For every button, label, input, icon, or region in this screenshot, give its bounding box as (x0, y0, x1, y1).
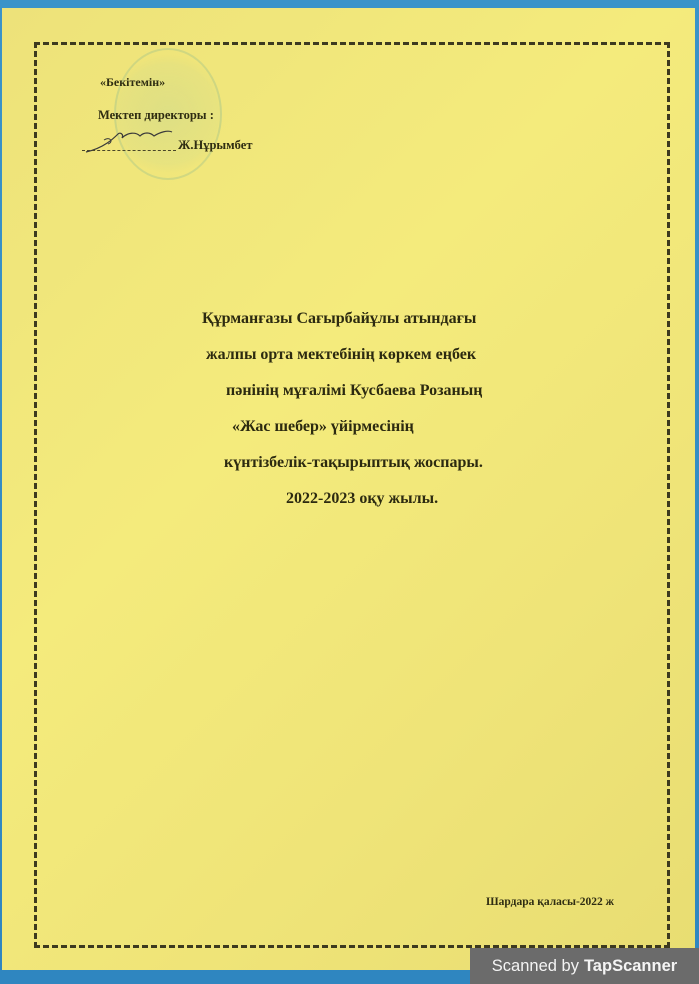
director-name: Ж.Нұрымбет (178, 138, 252, 153)
title-line: 2022-2023 оқу жылы. (286, 490, 438, 508)
scanner-watermark: Scanned by TapScanner (470, 948, 699, 984)
signature-line (82, 150, 176, 151)
watermark-brand: TapScanner (584, 957, 677, 976)
director-label: Мектеп директоры : (98, 108, 214, 123)
footer-city-year: Шардара қаласы-2022 ж (486, 896, 614, 908)
title-line: пәнінің мұғалімі Кусбаева Розаның (226, 382, 482, 400)
title-line: жалпы орта мектебінің көркем еңбек (206, 346, 476, 364)
title-line: Құрманғазы Сағырбайұлы атындағы (202, 310, 476, 328)
title-line: «Жас шебер» үйірмесінің (232, 418, 414, 436)
title-line: күнтізбелік-тақырыптық жоспары. (224, 454, 483, 472)
watermark-prefix: Scanned by (492, 957, 579, 976)
approval-label: «Бекітемін» (100, 76, 165, 88)
